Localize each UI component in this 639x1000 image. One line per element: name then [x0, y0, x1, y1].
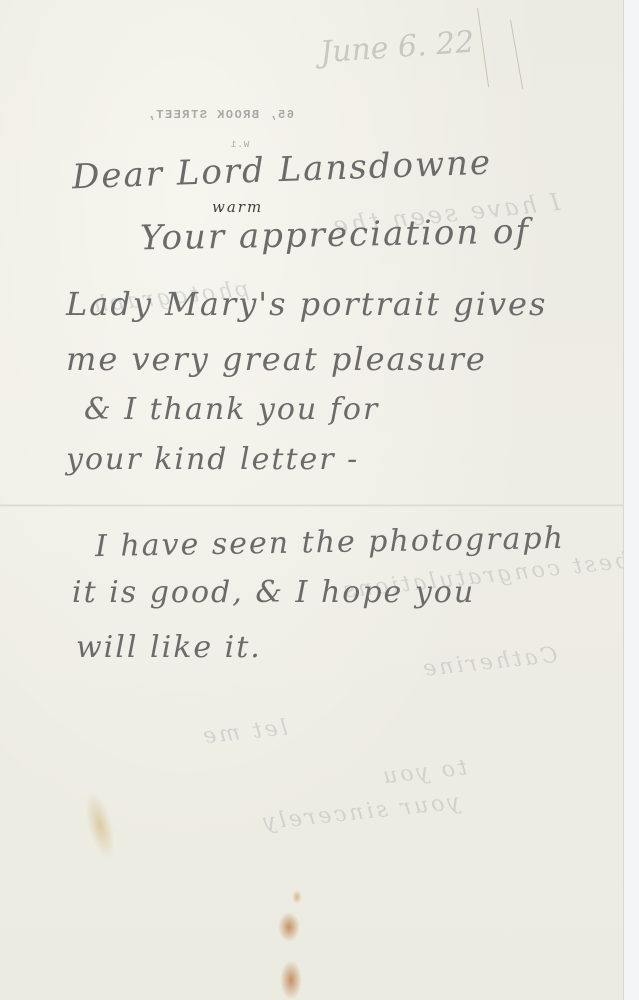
- show-through-text: Catherine: [419, 643, 559, 682]
- rust-stain: [278, 912, 300, 942]
- paper-crease: [510, 20, 523, 89]
- show-through-text: to you: [379, 756, 468, 790]
- salutation: Dear Lord Lansdowne: [71, 143, 492, 198]
- inserted-word: warm: [212, 198, 263, 216]
- fold-line: [0, 504, 623, 507]
- body-line-8: will like it.: [76, 630, 262, 665]
- body-line-5: your kind letter -: [66, 442, 359, 477]
- body-line-4: & I thank you for: [84, 392, 379, 427]
- body-line-3: me very great pleasure: [66, 340, 487, 378]
- rust-stain: [292, 890, 302, 904]
- letter-page: I have seen the photograph with best con…: [0, 0, 623, 1000]
- body-line-6: I have seen the photograph: [95, 521, 565, 564]
- show-through-text: let me: [199, 715, 289, 749]
- body-line-2: Lady Mary's portrait gives: [66, 285, 547, 323]
- paper-crease: [477, 8, 489, 87]
- body-line-1: Your appreciation of: [140, 212, 531, 259]
- letterhead-address: 65, BROOK STREET,: [120, 108, 320, 122]
- letter-date: June 6. 22: [319, 25, 475, 71]
- water-stain: [79, 788, 120, 862]
- letterhead-district: W.1: [230, 140, 249, 150]
- rust-stain: [280, 960, 302, 1000]
- body-line-7: it is good, & I hope you: [72, 575, 475, 610]
- show-through-text: your sincerely: [259, 790, 461, 836]
